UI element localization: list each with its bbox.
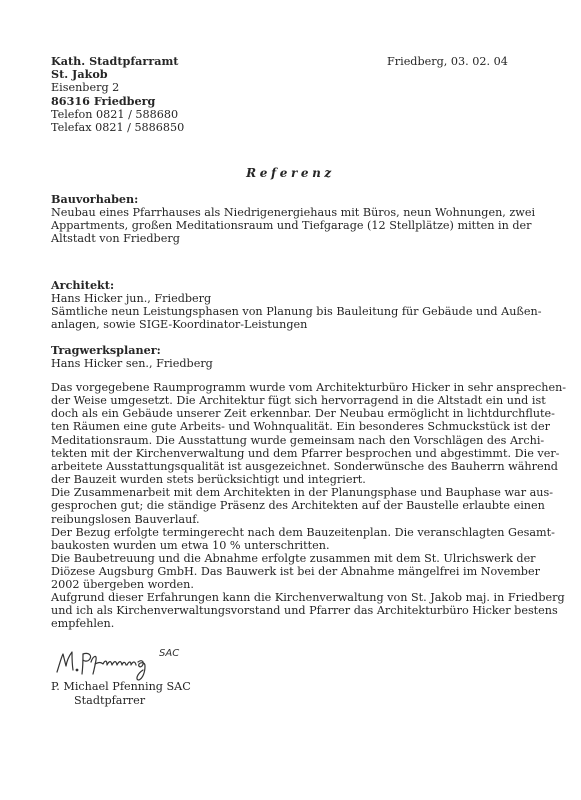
section-heading: Architekt: — [51, 279, 571, 292]
letter-title: Referenz — [0, 166, 581, 180]
text-line: doch als ein Gebäude unserer Zeit erkenn… — [51, 407, 571, 420]
text-line: der Bauzeit wurden stets berücksichtigt … — [51, 473, 571, 486]
text-line: und ich als Kirchenverwaltungsvorstand u… — [51, 604, 571, 617]
text-line: Altstadt von Friedberg — [51, 232, 571, 245]
sender-fax: Telefax 0821 / 5886850 — [51, 121, 184, 134]
text-line: Sämtliche neun Leistungsphasen von Planu… — [51, 305, 571, 318]
text-line: der Weise umgesetzt. Die Architektur füg… — [51, 394, 571, 407]
letter-page: Kath. Stadtpfarramt St. Jakob Eisenberg … — [0, 0, 581, 800]
text-line: Diözese Augsburg GmbH. Das Bauwerk ist b… — [51, 565, 571, 578]
text-line: gesprochen gut; die ständige Präsenz des… — [51, 499, 571, 512]
signature-suffix: SAC — [159, 648, 179, 659]
section-architekt: Architekt: Hans Hicker jun., Friedberg S… — [51, 279, 571, 332]
signatory-role: Stadtpfarrer — [74, 694, 145, 707]
text-line: Neubau eines Pfarrhauses als Niedrigener… — [51, 206, 571, 219]
text-line: tekten mit der Kirchenverwaltung und dem… — [51, 447, 571, 460]
text-line: Das vorgegebene Raumprogramm wurde vom A… — [51, 381, 571, 394]
sender-phone: Telefon 0821 / 588680 — [51, 108, 184, 121]
text-line: 2002 übergeben worden. — [51, 578, 571, 591]
text-line: Meditationsraum. Die Ausstattung wurde g… — [51, 434, 571, 447]
text-line: ten Räumen eine gute Arbeits- und Wohnqu… — [51, 420, 571, 433]
text-line: Die Baubetreuung und die Abnahme erfolgt… — [51, 552, 571, 565]
text-line: Aufgrund dieser Erfahrungen kann die Kir… — [51, 591, 571, 604]
signatory-name: P. Michael Pfenning SAC — [51, 680, 191, 693]
text-line: reibungslosen Bauverlauf. — [51, 513, 571, 526]
text-line: Appartments, großen Meditationsraum und … — [51, 219, 571, 232]
text-line: Die Zusammenarbeit mit dem Architekten i… — [51, 486, 571, 499]
sender-address: Kath. Stadtpfarramt St. Jakob Eisenberg … — [51, 55, 184, 134]
text-line: baukosten wurden um etwa 10 % unterschri… — [51, 539, 571, 552]
letter-date: Friedberg, 03. 02. 04 — [387, 55, 508, 68]
section-heading: Bauvorhaben: — [51, 193, 571, 206]
text-line: empfehlen. — [51, 617, 571, 630]
sender-street: Eisenberg 2 — [51, 81, 184, 94]
text-line: Hans Hicker jun., Friedberg — [51, 292, 571, 305]
section-tragwerksplaner: Tragwerksplaner: Hans Hicker sen., Fried… — [51, 344, 571, 370]
text-line: Hans Hicker sen., Friedberg — [51, 357, 571, 370]
text-line: Der Bezug erfolgte termingerecht nach de… — [51, 526, 571, 539]
closing-paragraph: Aufgrund dieser Erfahrungen kann die Kir… — [51, 591, 571, 630]
body-paragraph: Das vorgegebene Raumprogramm wurde vom A… — [51, 381, 571, 592]
section-bauvorhaben: Bauvorhaben: Neubau eines Pfarrhauses al… — [51, 193, 571, 246]
section-heading: Tragwerksplaner: — [51, 344, 571, 357]
sender-parish: St. Jakob — [51, 68, 184, 81]
text-line: arbeitete Ausstattungsqualität ist ausge… — [51, 460, 571, 473]
sender-city: 86316 Friedberg — [51, 95, 184, 108]
text-line: anlagen, sowie SIGE-Koordinator-Leistung… — [51, 318, 571, 331]
